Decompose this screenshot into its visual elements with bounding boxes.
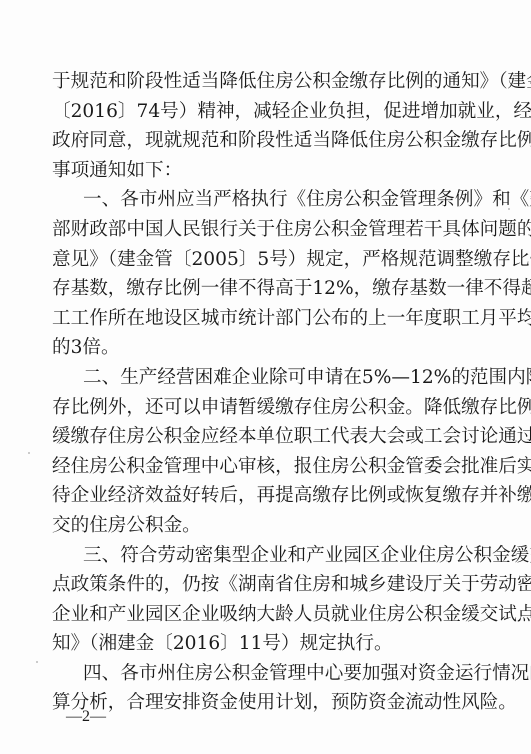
scan-speck <box>36 661 38 663</box>
text-line: 意见》（建金管〔2005〕5号）规定，严格规范调整缴存比例和缴 <box>52 245 480 275</box>
text-line: 待企业经济效益好转后，再提高缴存比例或恢复缴存并补缴其缓 <box>52 481 480 511</box>
text-line: 的3倍。 <box>52 333 480 363</box>
section-1-heading-line: 一、各市州应当严格执行《住房公积金管理条例》和《建设 <box>52 185 480 215</box>
text-line: 存比例外，还可以申请暂缓缴存住房公积金。降低缴存比例或暂 <box>52 393 480 423</box>
section-3-heading-line: 三、符合劳动密集型企业和产业园区企业住房公积金缓交试 <box>52 541 480 571</box>
section-2-heading-line: 二、生产经营困难企业除可申请在5%—12%的范围内降低缴 <box>52 363 480 393</box>
text-line: 算分析，合理安排资金使用计划，预防资金流动性风险。 <box>52 688 480 718</box>
text-line: 事项通知如下： <box>52 156 480 186</box>
text-line: 存基数，缴存比例一律不得高于12%，缴存基数一律不得超过职 <box>52 274 480 304</box>
text-line: 经住房公积金管理中心审核，报住房公积金管委会批准后实施。 <box>52 452 480 482</box>
document-page: 于规范和阶段性适当降低住房公积金缴存比例的通知》（建金 〔2016〕74号）精神… <box>0 0 531 754</box>
text-line: 知》（湘建金〔2016〕11号）规定执行。 <box>52 629 480 659</box>
text-line: 〔2016〕74号）精神，减轻企业负担，促进增加就业，经省人民 <box>52 97 480 127</box>
section-4-heading-line: 四、各市州住房公积金管理中心要加强对资金运行情况的测 <box>52 659 480 689</box>
page-number: —2— <box>66 706 106 728</box>
text-line: 于规范和阶段性适当降低住房公积金缴存比例的通知》（建金 <box>52 67 480 97</box>
scan-speck <box>508 208 510 210</box>
text-line: 企业和产业园区企业吸纳大龄人员就业住房公积金缓交试点的通 <box>52 600 480 630</box>
scan-speck <box>515 440 517 442</box>
text-line: 交的住房公积金。 <box>52 511 480 541</box>
text-line: 缓缴存住房公积金应经本单位职工代表大会或工会讨论通过，并 <box>52 422 480 452</box>
document-body: 于规范和阶段性适当降低住房公积金缴存比例的通知》（建金 〔2016〕74号）精神… <box>52 67 480 718</box>
scan-speck <box>405 500 407 502</box>
text-line: 政府同意，现就规范和阶段性适当降低住房公积金缴存比例有关 <box>52 126 480 156</box>
text-line: 工工作所在地设区城市统计部门公布的上一年度职工月平均工资 <box>52 304 480 334</box>
scan-speck <box>28 452 30 454</box>
text-line: 部财政部中国人民银行关于住房公积金管理若干具体问题的指导 <box>52 215 480 245</box>
text-line: 点政策条件的，仍按《湖南省住房和城乡建设厅关于劳动密集型 <box>52 570 480 600</box>
